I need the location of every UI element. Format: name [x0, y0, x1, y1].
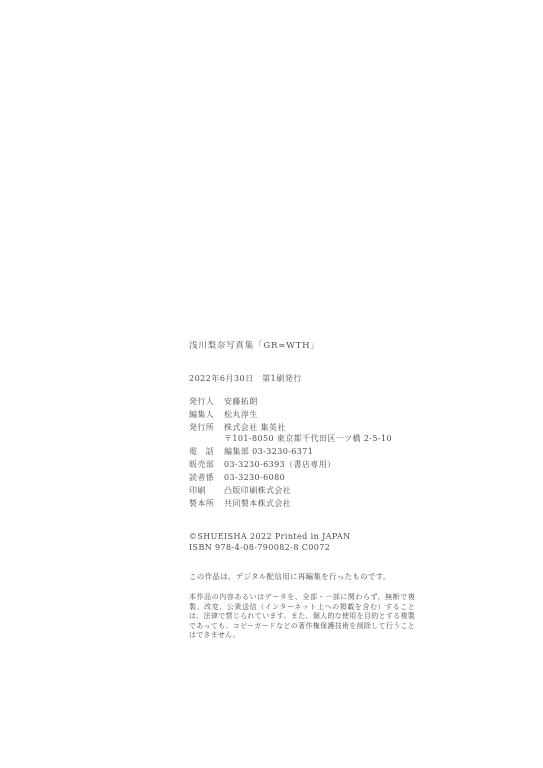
row-label: 製本所	[189, 499, 224, 509]
row-label: 発行所	[189, 423, 224, 444]
row-value: 編集部 03-3230-6371	[224, 447, 313, 457]
colophon-content: 浅川梨奈写真集「GR∞WTH」 2022年6月30日 第1刷発行 発行人 安藤拓…	[189, 341, 434, 641]
publication-row-sales: 販売部 03-3230-6393（書店専用）	[189, 460, 434, 470]
publication-row-editor: 編集人 松丸淳生	[189, 410, 434, 420]
row-value: 03-3230-6080	[224, 473, 285, 483]
row-value: 03-3230-6393（書店専用）	[224, 460, 336, 470]
publisher-address: 〒101-8050 東京都千代田区一ツ橋 2-5-10	[224, 434, 392, 444]
publication-row-printer: 印刷 凸版印刷株式会社	[189, 486, 434, 496]
publication-row-phone: 電 話 編集部 03-3230-6371	[189, 447, 434, 457]
row-value: 凸版印刷株式会社	[224, 486, 291, 496]
book-title: 浅川梨奈写真集「GR∞WTH」	[189, 341, 434, 352]
isbn-line: ISBN 978-4-08-790082-8 C0072	[189, 542, 434, 553]
publisher-name: 株式会社 集英社	[224, 423, 392, 433]
row-label: 印刷	[189, 486, 224, 496]
colophon-page: 浅川梨奈写真集「GR∞WTH」 2022年6月30日 第1刷発行 発行人 安藤拓…	[0, 0, 543, 768]
publication-row-readers: 読者係 03-3230-6080	[189, 473, 434, 483]
row-label: 発行人	[189, 397, 224, 407]
row-value: 安藤拓朗	[224, 397, 258, 407]
row-value: 共同製本株式会社	[224, 499, 291, 509]
row-label: 販売部	[189, 460, 224, 470]
publication-row-bindery: 製本所 共同製本株式会社	[189, 499, 434, 509]
row-label: 電 話	[189, 447, 224, 457]
copyright-line: ©SHUEISHA 2022 Printed in JAPAN	[189, 531, 434, 542]
publication-row-publisher: 発行所 株式会社 集英社 〒101-8050 東京都千代田区一ツ橋 2-5-10	[189, 423, 434, 444]
publication-row-publisher-person: 発行人 安藤拓朗	[189, 397, 434, 407]
digital-edition-note: この作品は、デジタル配信用に再編集を行ったものです。	[189, 572, 434, 582]
row-label: 編集人	[189, 410, 224, 420]
row-value: 株式会社 集英社 〒101-8050 東京都千代田区一ツ橋 2-5-10	[224, 423, 392, 444]
publication-info: 発行人 安藤拓朗 編集人 松丸淳生 発行所 株式会社 集英社 〒101-8050…	[189, 397, 434, 509]
legal-notice: 本作品の内容あるいはデータを、全部・一部に関わらず、無断で複製、改変、公衆送信（…	[189, 593, 415, 641]
copyright-block: ©SHUEISHA 2022 Printed in JAPAN ISBN 978…	[189, 531, 434, 553]
row-label: 読者係	[189, 473, 224, 483]
edition-line: 2022年6月30日 第1刷発行	[189, 374, 434, 384]
row-value: 松丸淳生	[224, 410, 258, 420]
